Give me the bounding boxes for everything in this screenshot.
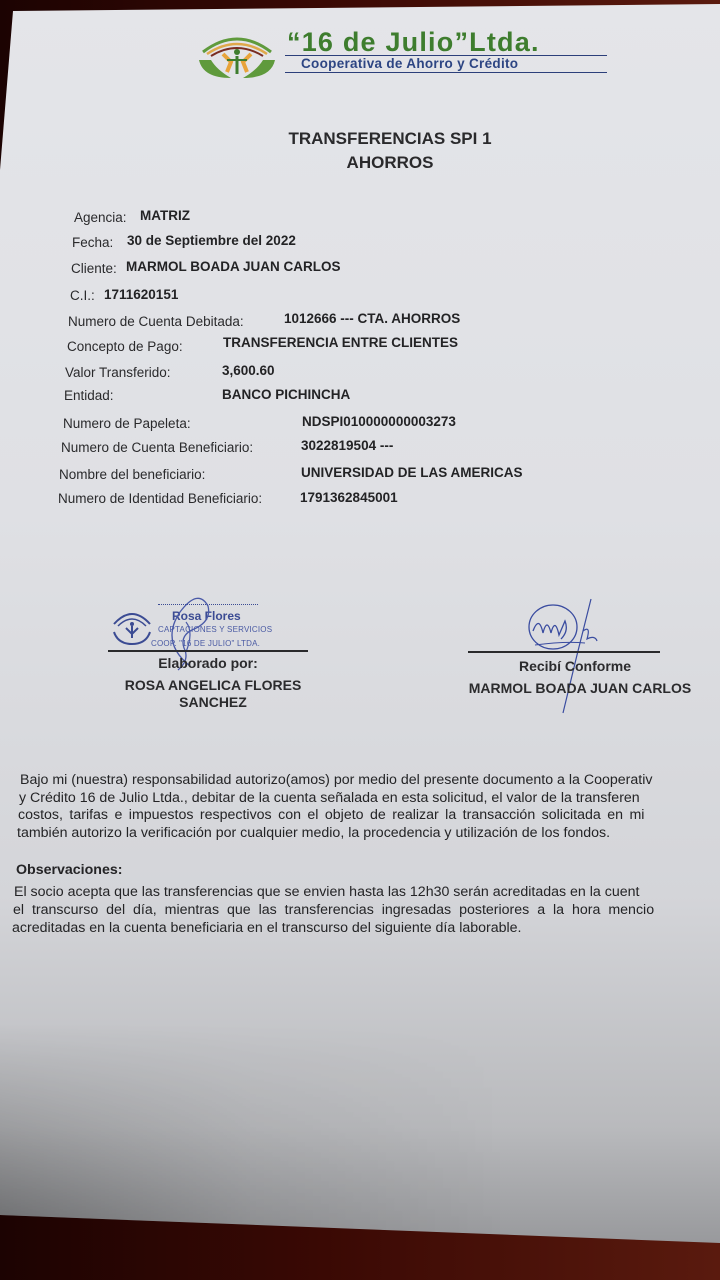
field-value-nombre-beneficiario: UNIVERSIDAD DE LAS AMERICAS — [301, 465, 523, 480]
prepared-by-label: Elaborado por: — [108, 655, 308, 671]
field-label-nombre-beneficiario: Nombre del beneficiario: — [59, 467, 205, 482]
observations-line: acreditadas en la cuenta beneficiaria en… — [12, 920, 522, 938]
observations-line: el transcurso del día, mientras que las … — [13, 902, 654, 920]
document-subtitle: AHORROS — [0, 153, 720, 173]
field-label-fecha: Fecha: — [72, 235, 113, 250]
document-title: TRANSFERENCIAS SPI 1 — [0, 129, 720, 149]
field-label-valor: Valor Transferido: — [65, 365, 171, 380]
field-label-cliente: Cliente: — [71, 261, 117, 276]
field-label-papeleta: Numero de Papeleta: — [63, 416, 191, 431]
field-label-cuenta-beneficiario: Numero de Cuenta Beneficiario: — [61, 440, 253, 455]
cooperative-logo-icon — [197, 30, 277, 82]
brand-divider — [285, 72, 607, 73]
prepared-by-surname: SANCHEZ — [98, 694, 328, 710]
observations-heading: Observaciones: — [16, 862, 122, 878]
signature-line-left — [108, 650, 308, 652]
field-value-fecha: 30 de Septiembre del 2022 — [127, 233, 296, 248]
field-value-entidad: BANCO PICHINCHA — [222, 387, 350, 402]
stamp-institution: COOP. "16 DE JULIO" LTDA. — [151, 639, 260, 648]
stamp-logo-icon — [110, 604, 154, 648]
brand-name: “16 de Julio”Ltda. — [287, 27, 540, 58]
brand-divider — [285, 55, 607, 56]
field-value-cuenta-debitada: 1012666 --- CTA. AHORROS — [284, 311, 460, 326]
field-label-agencia: Agencia: — [74, 210, 127, 225]
observations-line: El socio acepta que las transferencias q… — [14, 884, 639, 902]
field-value-papeleta: NDSPI010000000003273 — [302, 414, 456, 429]
stamp-dotted-line — [158, 604, 258, 605]
received-label: Recibí Conforme — [468, 658, 682, 674]
field-value-agencia: MATRIZ — [140, 208, 190, 223]
field-value-valor: 3,600.60 — [222, 363, 275, 378]
authorization-line: costos, tarifas e impuestos respectivos … — [18, 807, 644, 825]
field-value-ci: 1711620151 — [104, 287, 178, 302]
prepared-by-name: ROSA ANGELICA FLORES — [98, 677, 328, 693]
stamp-department: CAPTACIONES Y SERVICIOS — [158, 625, 272, 634]
handwritten-signature-right — [525, 595, 615, 715]
handwritten-signature-left — [150, 592, 230, 672]
field-value-concepto: TRANSFERENCIA ENTRE CLIENTES — [223, 335, 458, 350]
brand-subtitle: Cooperativa de Ahorro y Crédito — [301, 56, 518, 71]
authorization-line: y Crédito 16 de Julio Ltda., debitar de … — [19, 790, 640, 808]
field-value-cuenta-beneficiario: 3022819504 --- — [301, 438, 393, 453]
field-value-identidad-beneficiario: 1791362845001 — [300, 490, 398, 505]
received-by-name: MARMOL BOADA JUAN CARLOS — [452, 680, 708, 696]
field-label-ci: C.I.: — [70, 288, 95, 303]
field-label-concepto: Concepto de Pago: — [67, 339, 183, 354]
field-value-cliente: MARMOL BOADA JUAN CARLOS — [126, 259, 341, 274]
stamp-name: Rosa Flores — [172, 609, 241, 623]
field-label-entidad: Entidad: — [64, 388, 114, 403]
authorization-line: Bajo mi (nuestra) responsabilidad autori… — [20, 772, 652, 790]
signature-line-right — [468, 651, 660, 653]
authorization-line: también autorizo la verificación por cua… — [17, 825, 610, 843]
document-sheet: “16 de Julio”Ltda. Cooperativa de Ahorro… — [0, 0, 720, 1280]
field-label-identidad-beneficiario: Numero de Identidad Beneficiario: — [58, 491, 262, 506]
field-label-cuenta-debitada: Numero de Cuenta Debitada: — [68, 314, 244, 329]
